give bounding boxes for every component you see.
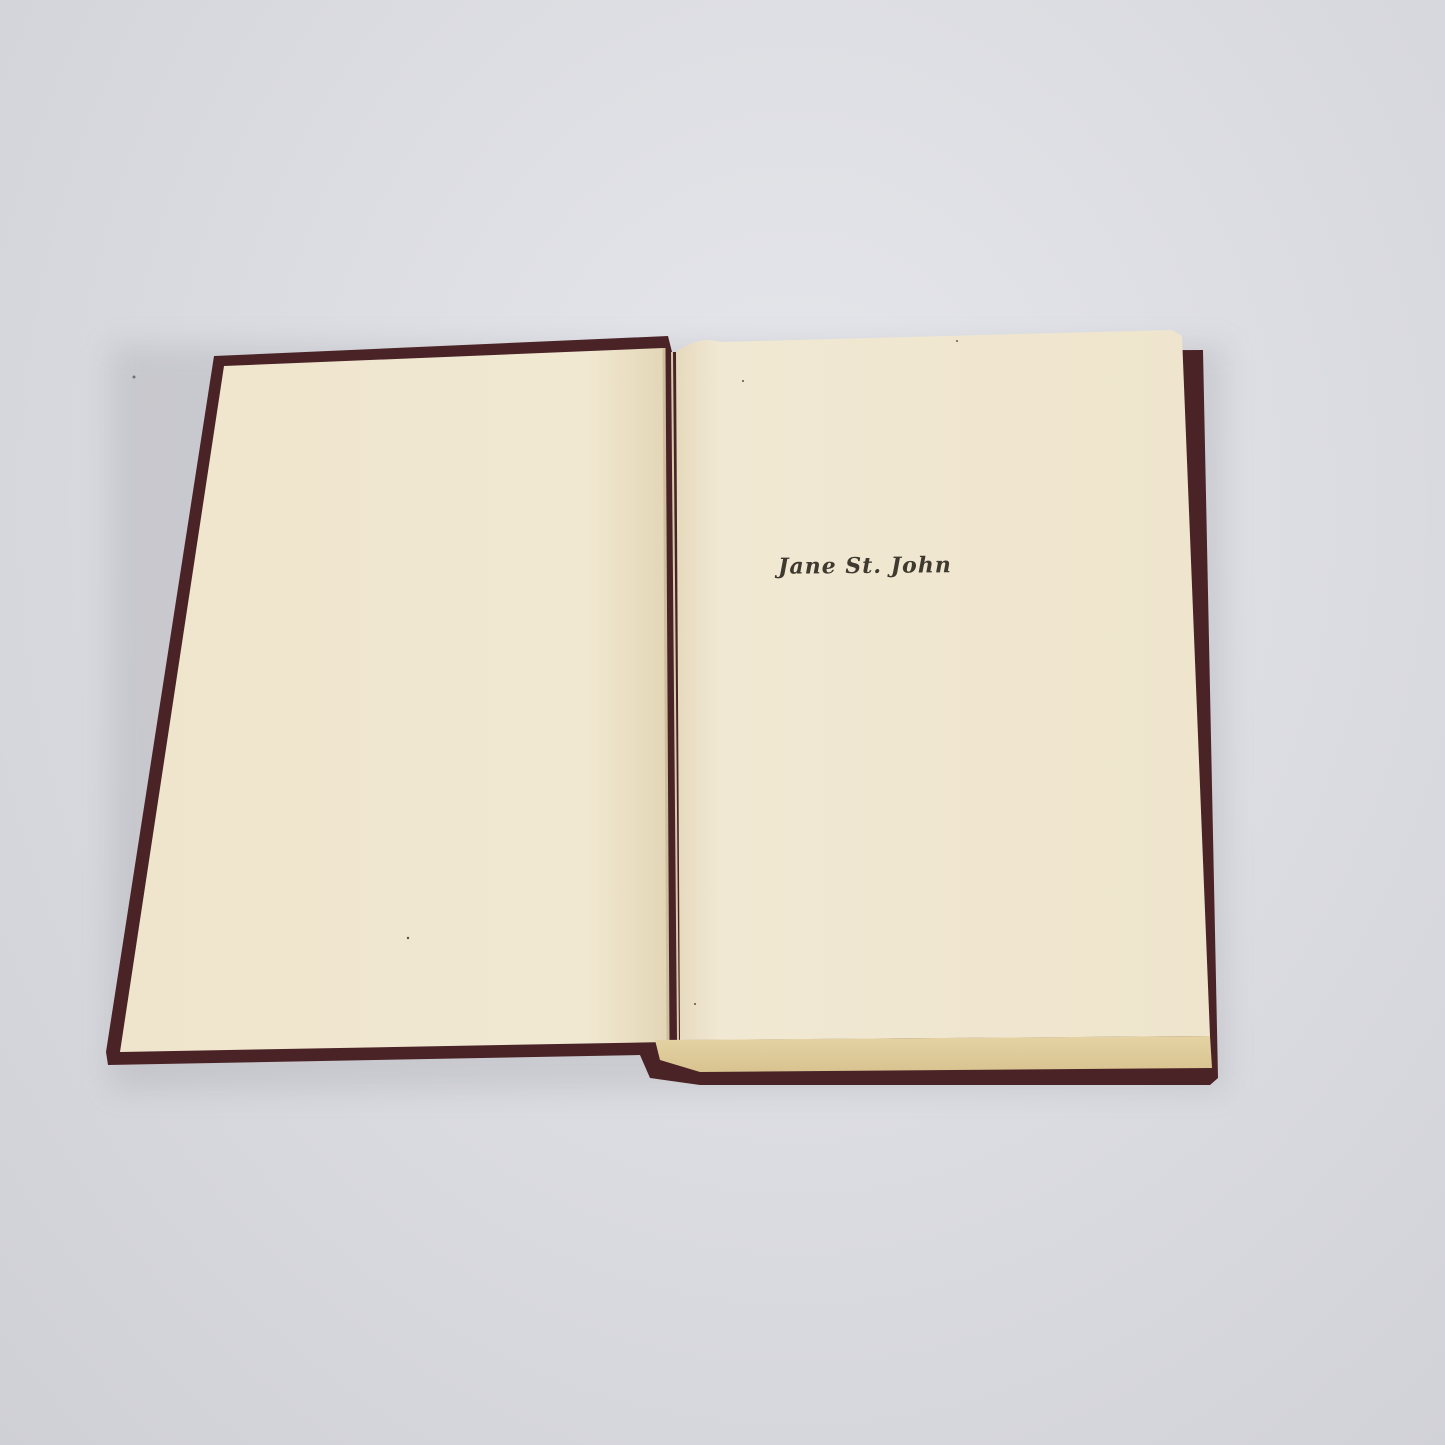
photo-scene: Jane St. John: [0, 0, 1445, 1445]
page-block-edge: [655, 1036, 1212, 1072]
owner-inscription: Jane St. John: [778, 552, 952, 580]
open-book: [0, 0, 1445, 1445]
right-page: [676, 330, 1210, 1040]
